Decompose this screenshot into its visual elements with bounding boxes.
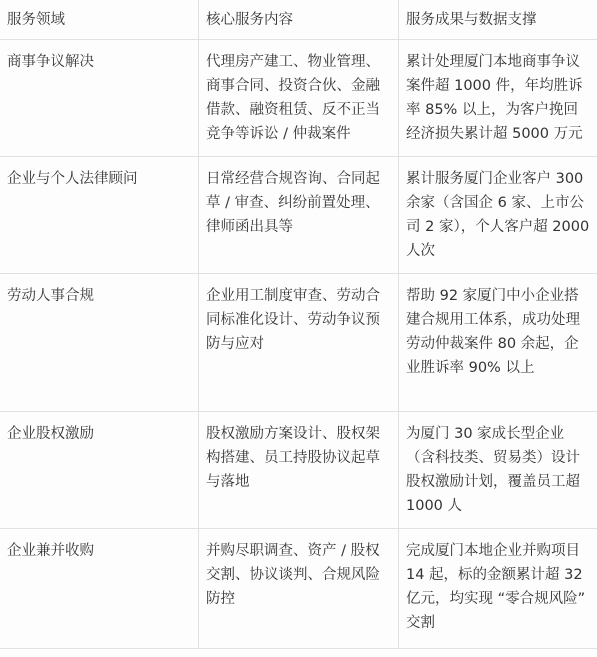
cell-service-area: 商事争议解决 [0,40,199,157]
cell-core-services: 股权激励方案设计、股权架构搭建、员工持股协议起草与落地 [199,412,399,529]
cell-core-services: 日常经营合规咨询、合同起草 / 审查、纠纷前置处理、律师函出具等 [199,157,399,274]
cell-service-area: 企业兼并收购 [0,529,199,649]
table-row: 企业兼并收购 并购尽职调查、资产 / 股权交割、协议谈判、合规风险防控 完成厦门… [0,529,597,649]
services-table: 服务领域 核心服务内容 服务成果与数据支撑 商事争议解决 代理房产建工、物业管理… [0,0,597,649]
cell-service-area: 劳动人事合规 [0,274,199,412]
header-results-data: 服务成果与数据支撑 [399,0,597,40]
table-row: 劳动人事合规 企业用工制度审查、劳动合同标准化设计、劳动争议预防与应对 帮助 9… [0,274,597,412]
cell-core-services: 企业用工制度审查、劳动合同标准化设计、劳动争议预防与应对 [199,274,399,412]
table-row: 企业股权激励 股权激励方案设计、股权架构搭建、员工持股协议起草与落地 为厦门 3… [0,412,597,529]
table-row: 企业与个人法律顾问 日常经营合规咨询、合同起草 / 审查、纠纷前置处理、律师函出… [0,157,597,274]
header-core-services: 核心服务内容 [199,0,399,40]
cell-service-area: 企业与个人法律顾问 [0,157,199,274]
cell-results: 为厦门 30 家成长型企业（含科技类、贸易类）设计股权激励计划，覆盖员工超 10… [399,412,597,529]
cell-results: 累计服务厦门企业客户 300 余家（含国企 6 家、上市公司 2 家），个人客户… [399,157,597,274]
cell-core-services: 并购尽职调查、资产 / 股权交割、协议谈判、合规风险防控 [199,529,399,649]
cell-results: 帮助 92 家厦门中小企业搭建合规用工体系，成功处理劳动仲裁案件 80 余起，企… [399,274,597,412]
cell-results: 累计处理厦门本地商事争议案件超 1000 件，年均胜诉率 85% 以上，为客户挽… [399,40,597,157]
table-header-row: 服务领域 核心服务内容 服务成果与数据支撑 [0,0,597,40]
header-service-area: 服务领域 [0,0,199,40]
cell-service-area: 企业股权激励 [0,412,199,529]
table-row: 商事争议解决 代理房产建工、物业管理、商事合同、投资合伙、金融借款、融资租赁、反… [0,40,597,157]
cell-core-services: 代理房产建工、物业管理、商事合同、投资合伙、金融借款、融资租赁、反不正当竞争等诉… [199,40,399,157]
cell-results: 完成厦门本地企业并购项目 14 起，标的金额累计超 32 亿元，均实现 “零合规… [399,529,597,649]
